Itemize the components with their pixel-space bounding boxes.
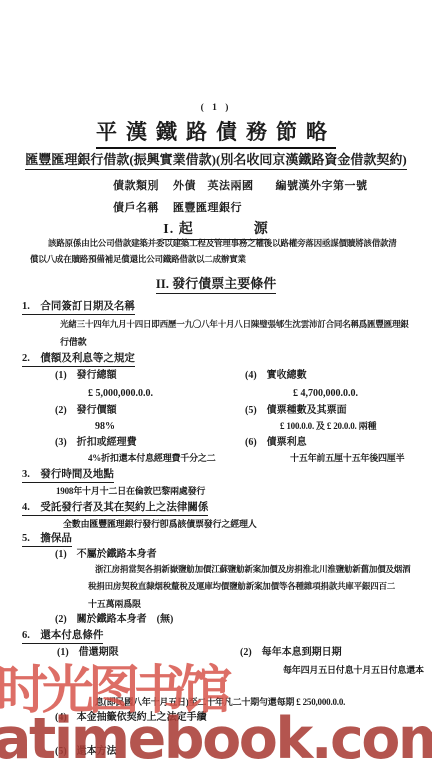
drawing-procedure-label: (4) 本金抽籤依契約上之法定手續 xyxy=(55,712,207,724)
document-page: ( 1 ) 平漢鐵路債務節略 匯豐匯理銀行借款(振興實業借款)(別名收囘京漢鐵路… xyxy=(0,0,432,768)
due-dates-label: (2) 每年本息到期日期 xyxy=(240,647,342,659)
repayment-term-label: (1) 借還期限 xyxy=(57,647,119,659)
section-4-line-1: 全數由匯豐匯理銀行發行卽爲該債票發行之經理人 xyxy=(63,519,257,529)
net-received-value: £ 4,700,000.0.0. xyxy=(293,388,358,400)
collateral-item-2-label: (2) 關於鐵路本身者 (無) xyxy=(55,614,173,626)
section-1-line-2: 行借款 xyxy=(60,337,86,347)
bond-types-label: (5) 債票種數及其票面 xyxy=(245,405,347,417)
discount-fee-value: 4%折扣還本付息經理費千分之二 xyxy=(88,453,216,463)
page-number: ( 1 ) xyxy=(0,103,432,114)
section-1-line-1: 光緒三十四年九月十四日即西歷一九〇八年十月八日陳璧張郇生沈雲沛訂合同名稱爲匯豐匯… xyxy=(60,320,409,330)
doc-title: 平漢鐵路債務節略 xyxy=(96,120,336,149)
discount-fee-label: (3) 折扣或經理費 xyxy=(55,437,137,449)
collateral-line-3: 十五萬兩爲限 xyxy=(88,599,141,609)
bond-interest-value: 十五年前五厘十五年後四厘半 xyxy=(290,453,404,463)
section-5-title: 5. 擔保品 xyxy=(22,533,72,547)
collateral-line-2: 稅捐田房契稅直隸烟稅釐稅及運庫均價鹽觔新案加價等各種雜項捐款共庫平銀四百二 xyxy=(88,582,395,592)
meta-line-loan-class: 債款類別外債 英法兩國編號漢外字第一號 xyxy=(113,180,368,193)
subtitle-row: 匯豐匯理銀行借款(振興實業借款)(別名收囘京漢鐵路資金借款契約) xyxy=(0,151,432,170)
loan-serial-number: 編號漢外字第一號 xyxy=(276,180,368,192)
debtor-label: 債戶名稱 xyxy=(113,202,159,214)
repayment-schedule-line: 息(即民國八年十月五日)至二十年凡二十期勻還每期 £ 250,000.0.0. xyxy=(95,697,345,707)
bond-interest-label: (6) 債票利息 xyxy=(245,437,307,449)
debtor-value: 匯豐匯理銀行 xyxy=(173,202,242,214)
section-1-title: 1. 合同簽訂日期及名稱 xyxy=(22,301,135,315)
title-row: 平漢鐵路債務節略 xyxy=(0,120,432,149)
net-received-label: (4) 實收總數 xyxy=(245,370,307,382)
bond-types-value: £ 100.0.0. 及 £ 20.0.0. 兩種 xyxy=(280,421,376,431)
issue-amount-value: £ 5,000,000.0.0. xyxy=(88,388,153,400)
origin-paragraph-line-2: 償以八成在贖路預備補足償還比公司鐵路借款以二成辦實業 xyxy=(30,255,246,265)
doc-subtitle: 匯豐匯理銀行借款(振興實業借款)(別名收囘京漢鐵路資金借款契約) xyxy=(25,153,406,170)
section-2-title: 2. 債額及利息等之規定 xyxy=(22,353,135,367)
section-6-title: 6. 還本付息條件 xyxy=(22,630,103,644)
due-dates-value: 每年四月五日付息十月五日付息還本 xyxy=(283,665,424,675)
section-3-title: 3. 發行時間及地點 xyxy=(22,469,114,483)
section-3-line-1: 1908年十月十二日在倫敦巴黎兩處發行 xyxy=(56,486,205,496)
issue-price-value: 98% xyxy=(95,421,115,433)
issue-amount-label: (1) 發行總額 xyxy=(55,370,117,382)
issue-price-label: (2) 發行價額 xyxy=(55,405,117,417)
loan-class-value: 外債 英法兩國 xyxy=(173,180,254,192)
origin-paragraph-line-1: 該路原係由比公司借款建築并委以建築工程及管理事務之權後以路權旁落因亟謀價贖將該借… xyxy=(48,239,397,249)
repayment-method-label: (5) 還本方法 xyxy=(55,746,117,758)
section-4-title: 4. 受託發行者及其在契約上之法律關係 xyxy=(22,502,208,516)
issue-heading: II. 發行債票主要條件 xyxy=(156,277,277,294)
loan-class-label: 債款類別 xyxy=(113,180,159,192)
meta-line-debtor: 債戶名稱匯豐匯理銀行 xyxy=(113,202,242,215)
issue-heading-row: II. 發行債票主要條件 xyxy=(0,275,432,294)
collateral-line-1: 浙江房捐當契各捐新嶽鹽觔加價江蘇鹽觔新案加價及房捐淮北川淮鹽觔新舊加價及烟酒 xyxy=(95,565,410,575)
collateral-item-1-label: (1) 不屬於鐵路本身者 xyxy=(55,549,157,561)
